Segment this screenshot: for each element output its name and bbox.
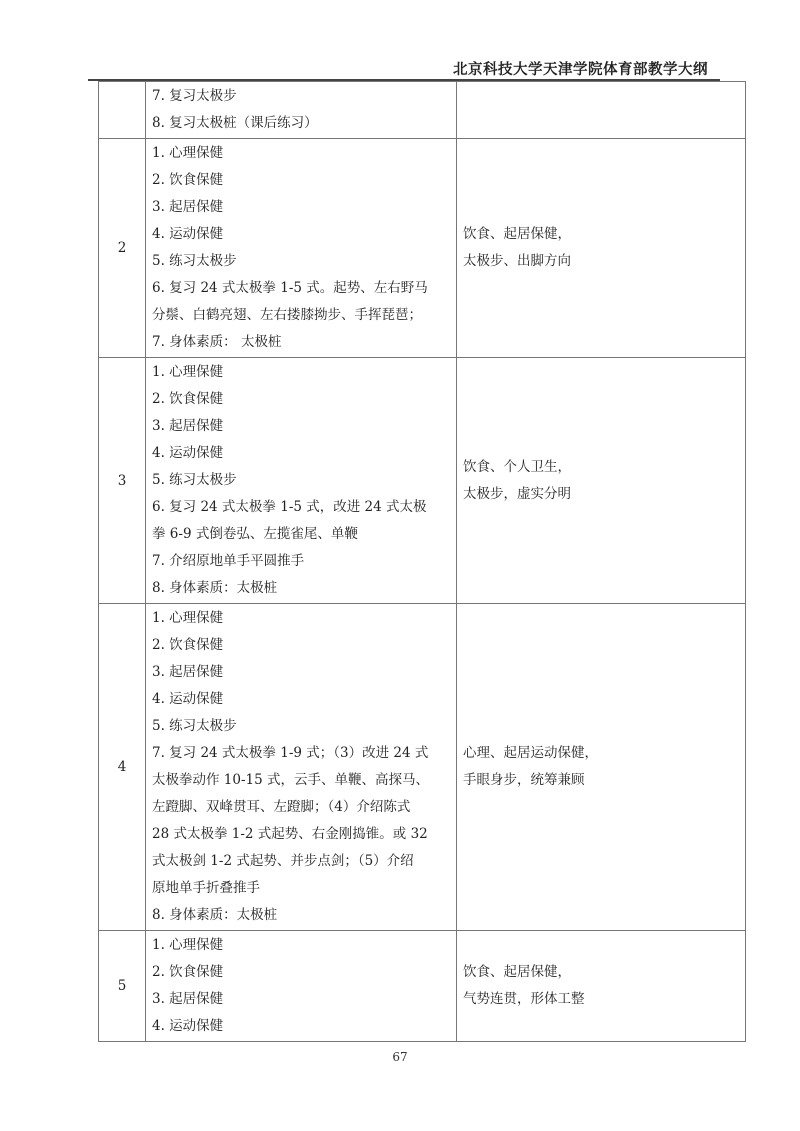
content-line: 7. 复习太极步 <box>152 83 450 110</box>
content-cell: 1. 心理保健 2. 饮食保健 3. 起居保健 4. 运动保健 5. 练习太极步… <box>146 604 457 931</box>
content-line: 太极拳动作 10-15 式，云手、单鞭、高探马、 <box>152 767 450 794</box>
content-line: 28 式太极拳 1-2 式起势、右金刚捣锥。或 32 <box>152 821 450 848</box>
content-line: 6. 复习 24 式太极拳 1-5 式，改进 24 式太极 <box>152 494 450 521</box>
week-cell: 4 <box>99 604 146 931</box>
syllabus-table: 7. 复习太极步 8. 复习太极桩（课后练习） 2 1. 心理保健 2. 饮食保… <box>98 81 746 1042</box>
content-line: 式太极剑 1-2 式起势、并步点剑；（5）介绍 <box>152 848 450 875</box>
table-row: 4 1. 心理保健 2. 饮食保健 3. 起居保健 4. 运动保健 5. 练习太… <box>99 604 746 931</box>
key-point-line: 饮食、起居保健， <box>463 221 739 248</box>
content-line: 4. 运动保健 <box>152 686 450 713</box>
content-line: 4. 运动保健 <box>152 1013 450 1040</box>
content-line: 1. 心理保健 <box>152 140 450 167</box>
week-cell: 3 <box>99 358 146 604</box>
key-point-line: 饮食、个人卫生， <box>463 454 739 481</box>
week-cell: 5 <box>99 931 146 1042</box>
week-cell: 2 <box>99 139 146 358</box>
content-cell: 1. 心理保健 2. 饮食保健 3. 起居保健 4. 运动保健 5. 练习太极步… <box>146 139 457 358</box>
key-points-cell: 饮食、起居保健， 气势连贯，形体工整 <box>457 931 746 1042</box>
content-line: 7. 复习 24 式太极拳 1-9 式；（3）改进 24 式 <box>152 740 450 767</box>
content-line: 2. 饮食保健 <box>152 632 450 659</box>
content-cell: 1. 心理保健 2. 饮食保健 3. 起居保健 4. 运动保健 <box>146 931 457 1042</box>
content-line: 原地单手折叠推手 <box>152 875 450 902</box>
table-row: 5 1. 心理保健 2. 饮食保健 3. 起居保健 4. 运动保健 饮食、起居保… <box>99 931 746 1042</box>
content-line: 3. 起居保健 <box>152 413 450 440</box>
key-points-cell <box>457 82 746 139</box>
content-line: 2. 饮食保健 <box>152 386 450 413</box>
content-line: 8. 身体素质：太极桩 <box>152 902 450 929</box>
content-line: 7. 介绍原地单手平圆推手 <box>152 548 450 575</box>
table-row: 2 1. 心理保健 2. 饮食保健 3. 起居保健 4. 运动保健 5. 练习太… <box>99 139 746 358</box>
table-row: 7. 复习太极步 8. 复习太极桩（课后练习） <box>99 82 746 139</box>
content-line: 5. 练习太极步 <box>152 713 450 740</box>
content-line: 3. 起居保健 <box>152 986 450 1013</box>
key-point-line: 太极步、出脚方向 <box>463 248 739 275</box>
content-line: 拳 6-9 式倒卷弘、左揽雀尾、单鞭 <box>152 521 450 548</box>
content-line: 左蹬脚、双峰贯耳、左蹬脚；（4）介绍陈式 <box>152 794 450 821</box>
content-line: 8. 复习太极桩（课后练习） <box>152 110 450 137</box>
content-line: 5. 练习太极步 <box>152 248 450 275</box>
content-line: 5. 练习太极步 <box>152 467 450 494</box>
content-cell: 1. 心理保健 2. 饮食保健 3. 起居保健 4. 运动保健 5. 练习太极步… <box>146 358 457 604</box>
week-cell <box>99 82 146 139</box>
content-line: 2. 饮食保健 <box>152 959 450 986</box>
content-cell: 7. 复习太极步 8. 复习太极桩（课后练习） <box>146 82 457 139</box>
content-line: 4. 运动保健 <box>152 440 450 467</box>
content-line: 1. 心理保健 <box>152 932 450 959</box>
content-line: 6. 复习 24 式太极拳 1-5 式。起势、左右野马 <box>152 275 450 302</box>
content-line: 3. 起居保健 <box>152 194 450 221</box>
content-line: 8. 身体素质：太极桩 <box>152 575 450 602</box>
key-point-line: 心理、起居运动保健， <box>463 740 739 767</box>
key-point-line: 气势连贯，形体工整 <box>463 986 739 1013</box>
document-header-title: 北京科技大学天津学院体育部教学大纲 <box>453 58 708 79</box>
key-point-line: 饮食、起居保健， <box>463 959 739 986</box>
content-line: 分鬃、白鹤亮翅、左右搂膝拗步、手挥琵琶； <box>152 302 450 329</box>
content-line: 2. 饮食保健 <box>152 167 450 194</box>
key-points-cell: 饮食、起居保健， 太极步、出脚方向 <box>457 139 746 358</box>
key-points-cell: 心理、起居运动保健， 手眼身步，统筹兼顾 <box>457 604 746 931</box>
content-line: 4. 运动保健 <box>152 221 450 248</box>
key-point-line: 太极步，虚实分明 <box>463 481 739 508</box>
content-line: 1. 心理保健 <box>152 605 450 632</box>
page-number: 67 <box>0 1050 800 1064</box>
table-row: 3 1. 心理保健 2. 饮食保健 3. 起居保健 4. 运动保健 5. 练习太… <box>99 358 746 604</box>
key-point-line: 手眼身步，统筹兼顾 <box>463 767 739 794</box>
key-points-cell: 饮食、个人卫生， 太极步，虚实分明 <box>457 358 746 604</box>
content-line: 1. 心理保健 <box>152 359 450 386</box>
content-line: 7. 身体素质： 太极桩 <box>152 329 450 356</box>
content-line: 3. 起居保健 <box>152 659 450 686</box>
